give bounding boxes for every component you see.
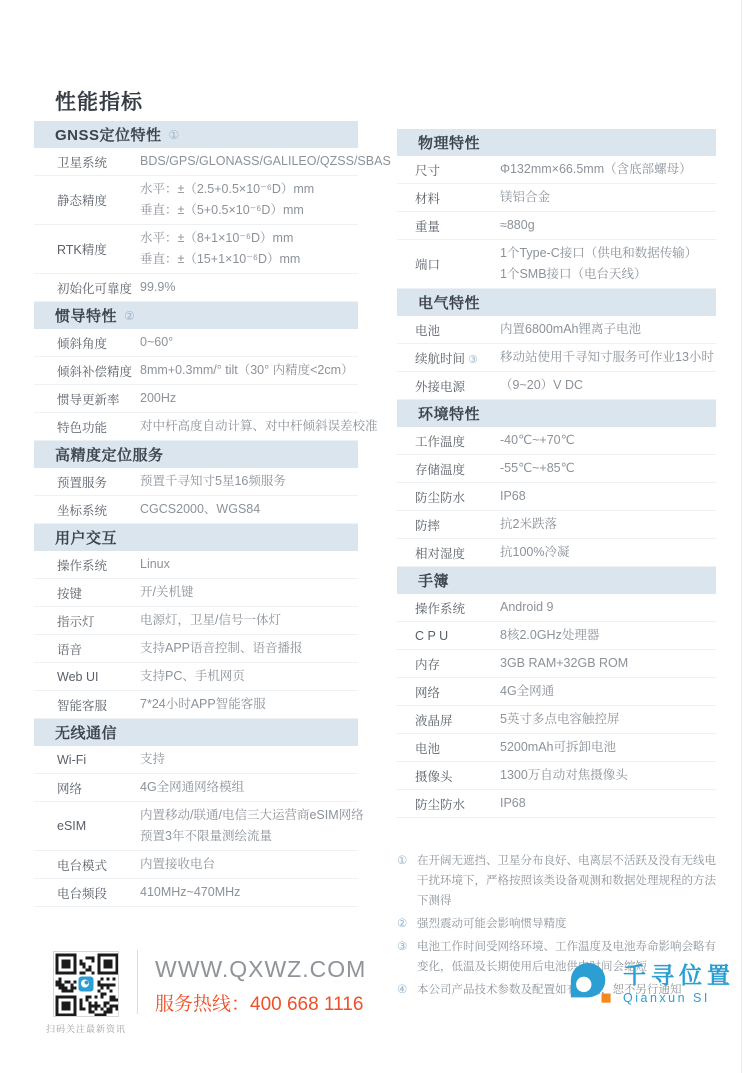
spec-label-text: 倾斜补偿精度 (57, 365, 132, 379)
spec-value-line: （9~20）V DC (500, 375, 583, 396)
spec-row: 存储温度-55℃~+85℃ (397, 455, 716, 483)
section-header: 用户交互 (34, 524, 358, 551)
spec-label-text: 操作系统 (415, 602, 465, 616)
spec-label-text: Web UI (57, 670, 98, 684)
spec-label-text: 相对湿度 (415, 547, 465, 561)
spec-columns: GNSS定位特性①卫星系统BDS/GPS/GLONASS/GALILEO/QZS… (34, 121, 716, 1003)
spec-row: C P U8核2.0GHz处理器 (397, 622, 716, 650)
spec-label-text: 存储温度 (415, 463, 465, 477)
spec-label-text: 初始化可靠度 (57, 282, 132, 296)
spec-row: 摄像头1300万自动对焦摄像头 (397, 762, 716, 790)
spec-row: 倾斜补偿精度8mm+0.3mm/° tilt（30° 内精度<2cm） (34, 357, 358, 385)
spec-label: 按键 (34, 584, 140, 602)
spec-label: 外接电源 (397, 377, 500, 395)
spec-label: 防尘防水 (397, 795, 500, 813)
spec-label: 相对湿度 (397, 544, 500, 562)
spec-row: 续航时间③移动站使用千寻知寸服务可作业13小时 (397, 344, 716, 372)
spec-value-line: 垂直：±（15+1×10⁻⁶D）mm (140, 249, 300, 270)
spec-value: 5200mAh可拆卸电池 (500, 737, 616, 758)
spec-label: 惯导更新率 (34, 390, 140, 408)
spec-label: 电台模式 (34, 856, 140, 874)
spec-row: 倾斜角度0~60° (34, 329, 358, 357)
spec-value: 水平：±（8+1×10⁻⁶D）mm垂直：±（15+1×10⁻⁶D）mm (140, 228, 300, 270)
spec-value-line: 200Hz (140, 388, 176, 409)
spec-label-text: 防尘防水 (415, 798, 465, 812)
section-header: GNSS定位特性① (34, 121, 358, 148)
spec-value-line: 7*24小时APP智能客服 (140, 694, 266, 715)
spec-row: 内存3GB RAM+32GB ROM (397, 650, 716, 678)
spec-label: 操作系统 (397, 599, 500, 617)
brand-logo: 千寻位置 Qianxun SI (567, 960, 735, 1006)
spec-value: 0~60° (140, 332, 173, 353)
spec-value-line: 99.9% (140, 277, 175, 298)
spec-label-text: 外接电源 (415, 380, 465, 394)
spec-label: 摄像头 (397, 767, 500, 785)
label-footnote-marker: ③ (468, 354, 478, 366)
spec-row: 操作系统Android 9 (397, 594, 716, 622)
spec-label: 内存 (397, 655, 500, 673)
spec-value: 5英寸多点电容触控屏 (500, 709, 619, 730)
spec-value: 支持 (140, 749, 165, 770)
hotline-number: 400 668 1116 (250, 994, 363, 1015)
section-footnote-marker: ① (169, 128, 180, 142)
website-url: WWW.QXWZ.COM (155, 956, 366, 983)
section-header: 手簿 (397, 567, 716, 594)
spec-row: 电台模式内置接收电台 (34, 851, 358, 879)
spec-row: 按键开/关机键 (34, 579, 358, 607)
spec-label-text: 智能客服 (57, 699, 107, 713)
spec-label-text: 端口 (415, 258, 440, 272)
spec-label: 电池 (397, 739, 500, 757)
spec-value-line: 1个SMB接口（电台天线） (500, 264, 697, 285)
spec-value: 99.9% (140, 277, 175, 298)
qianxun-logo-icon (567, 960, 613, 1006)
spec-value: 内置移动/联通/电信三大运营商eSIM网络预置3年不限量测绘流量 (140, 805, 364, 847)
spec-row: 液晶屏5英寸多点电容触控屏 (397, 706, 716, 734)
spec-value-line: IP68 (500, 793, 526, 814)
spec-label-text: 按键 (57, 587, 82, 601)
section-header: 物理特性 (397, 129, 716, 156)
section-header: 无线通信 (34, 719, 358, 746)
section-header: 电气特性 (397, 289, 716, 316)
spec-value-line: 抗100%冷凝 (500, 542, 569, 563)
spec-row: eSIM内置移动/联通/电信三大运营商eSIM网络预置3年不限量测绘流量 (34, 802, 358, 851)
spec-label-text: eSIM (57, 819, 86, 833)
left-spec-column: GNSS定位特性①卫星系统BDS/GPS/GLONASS/GALILEO/QZS… (34, 121, 358, 907)
spec-row: 相对湿度抗100%冷凝 (397, 539, 716, 567)
spec-label-text: C P U (415, 629, 448, 643)
section-title: 物理特性 (418, 132, 480, 153)
spec-row: 外接电源（9~20）V DC (397, 372, 716, 400)
spec-row: 静态精度水平：±（2.5+0.5×10⁻⁶D）mm垂直：±（5+0.5×10⁻⁶… (34, 176, 358, 225)
spec-label: 特色功能 (34, 418, 140, 436)
spec-value: 抗100%冷凝 (500, 542, 569, 563)
footer-divider (137, 950, 138, 1014)
spec-label-text: 坐标系统 (57, 504, 107, 518)
spec-value-line: -55℃~+85℃ (500, 458, 575, 479)
section-title: 用户交互 (55, 527, 117, 548)
spec-label-text: 电台模式 (57, 859, 107, 873)
spec-label: 防尘防水 (397, 488, 500, 506)
right-spec-sections: 物理特性尺寸Φ132mm×66.5mm（含底部螺母）材料镁铝合金重量≈880g端… (397, 129, 716, 818)
spec-label-text: 网络 (57, 782, 82, 796)
spec-value: ≈880g (500, 215, 535, 236)
spec-label-text: 内存 (415, 658, 440, 672)
spec-value: 预置千寻知寸5星16频服务 (140, 471, 286, 492)
spec-label: 智能客服 (34, 696, 140, 714)
spec-value-line: CGCS2000、WGS84 (140, 499, 260, 520)
qr-code-icon (54, 952, 118, 1016)
spec-value-line: Android 9 (500, 597, 554, 618)
spec-label: 指示灯 (34, 612, 140, 630)
spec-label: 端口 (397, 255, 500, 273)
spec-section: 环境特性工作温度-40℃~+70℃存储温度-55℃~+85℃防尘防水IP68防摔… (397, 400, 716, 567)
spec-label: Wi-Fi (34, 753, 140, 767)
spec-value-line: 镁铝合金 (500, 187, 550, 208)
spec-row: 防摔抗2米跌落 (397, 511, 716, 539)
spec-value: 1个Type-C接口（供电和数据传输）1个SMB接口（电台天线） (500, 243, 697, 285)
spec-label: 尺寸 (397, 161, 500, 179)
spec-label-text: 材料 (415, 192, 440, 206)
spec-value-line: 3GB RAM+32GB ROM (500, 653, 628, 674)
spec-section: 电气特性电池内置6800mAh锂离子电池续航时间③移动站使用千寻知寸服务可作业1… (397, 289, 716, 400)
spec-value-line: 电源灯，卫星/信号一体灯 (140, 610, 281, 631)
section-title: 惯导特性 (55, 305, 117, 326)
spec-value: 4G全网通 (500, 681, 554, 702)
spec-label-text: 液晶屏 (415, 714, 453, 728)
spec-value-line: 抗2米跌落 (500, 514, 557, 535)
spec-row: 电池5200mAh可拆卸电池 (397, 734, 716, 762)
spec-label-text: 电池 (415, 742, 440, 756)
spec-section: 手簿操作系统Android 9C P U8核2.0GHz处理器内存3GB RAM… (397, 567, 716, 818)
spec-row: 防尘防水IP68 (397, 790, 716, 818)
spec-value-line: 预置3年不限量测绘流量 (140, 826, 364, 847)
spec-label-text: 卫星系统 (57, 156, 107, 170)
section-header: 惯导特性② (34, 302, 358, 329)
spec-row: 预置服务预置千寻知寸5星16频服务 (34, 468, 358, 496)
spec-label-text: 操作系统 (57, 559, 107, 573)
spec-label-text: 续航时间 (415, 352, 465, 366)
spec-value-line: 对中杆高度自动计算、对中杆倾斜误差校准 (140, 416, 378, 437)
spec-row: 电池内置6800mAh锂离子电池 (397, 316, 716, 344)
spec-value-line: BDS/GPS/GLONASS/GALILEO/QZSS/SBAS (140, 151, 391, 172)
spec-label-text: 电台频段 (57, 887, 107, 901)
spec-label: 网络 (34, 779, 140, 797)
spec-value-line: 5英寸多点电容触控屏 (500, 709, 619, 730)
spec-label: 防摔 (397, 516, 500, 534)
spec-value-line: 8mm+0.3mm/° tilt（30° 内精度<2cm） (140, 360, 354, 381)
spec-value-line: 1300万自动对焦摄像头 (500, 765, 628, 786)
service-hotline: 服务热线：400 668 1116 (155, 989, 363, 1016)
spec-label: 存储温度 (397, 460, 500, 478)
spec-value: （9~20）V DC (500, 375, 583, 396)
spec-value-line: 410MHz~470MHz (140, 882, 240, 903)
footnote-marker: ① (397, 851, 417, 911)
spec-value: IP68 (500, 793, 526, 814)
spec-row: 防尘防水IP68 (397, 483, 716, 511)
spec-value: 8核2.0GHz处理器 (500, 625, 599, 646)
spec-value: Android 9 (500, 597, 554, 618)
footnote-item: ②强烈震动可能会影响惯导精度 (397, 914, 716, 934)
spec-label: 重量 (397, 217, 500, 235)
section-title: 环境特性 (418, 403, 480, 424)
section-title: 电气特性 (418, 292, 480, 313)
spec-row: 语音支持APP语音控制、语音播报 (34, 635, 358, 663)
spec-label: 网络 (397, 683, 500, 701)
spec-label: RTK精度 (34, 240, 140, 258)
spec-value: BDS/GPS/GLONASS/GALILEO/QZSS/SBAS (140, 151, 391, 172)
footnote-text: 在开阔无遮挡、卫星分布良好、电离层不活跃及没有无线电干扰环境下，严格按照该类设备… (417, 851, 716, 911)
hotline-label: 服务热线： (155, 994, 250, 1015)
spec-value: 镁铝合金 (500, 187, 550, 208)
spec-row: 坐标系统CGCS2000、WGS84 (34, 496, 358, 524)
spec-label-text: 尺寸 (415, 164, 440, 178)
spec-value: 7*24小时APP智能客服 (140, 694, 266, 715)
spec-label: 操作系统 (34, 556, 140, 574)
section-footnote-marker: ② (124, 309, 135, 323)
spec-row: 电台频段410MHz~470MHz (34, 879, 358, 907)
spec-label: 液晶屏 (397, 711, 500, 729)
section-title: GNSS定位特性 (55, 124, 162, 145)
spec-value-line: 预置千寻知寸5星16频服务 (140, 471, 286, 492)
spec-section: 物理特性尺寸Φ132mm×66.5mm（含底部螺母）材料镁铝合金重量≈880g端… (397, 129, 716, 289)
spec-label-text: 指示灯 (57, 615, 95, 629)
spec-value: 开/关机键 (140, 582, 193, 603)
spec-row: 重量≈880g (397, 212, 716, 240)
right-spec-column: 物理特性尺寸Φ132mm×66.5mm（含底部螺母）材料镁铝合金重量≈880g端… (397, 129, 716, 1003)
spec-value-line: 内置6800mAh锂离子电池 (500, 319, 641, 340)
spec-row: RTK精度水平：±（8+1×10⁻⁶D）mm垂直：±（15+1×10⁻⁶D）mm (34, 225, 358, 274)
spec-label-text: 特色功能 (57, 421, 107, 435)
spec-value-line: 5200mAh可拆卸电池 (500, 737, 616, 758)
spec-value: Φ132mm×66.5mm（含底部螺母） (500, 159, 692, 180)
qr-code (53, 951, 119, 1017)
spec-value-line: 水平：±（8+1×10⁻⁶D）mm (140, 228, 300, 249)
spec-row: Wi-Fi支持 (34, 746, 358, 774)
section-title: 手簿 (418, 570, 449, 591)
spec-value: 电源灯，卫星/信号一体灯 (140, 610, 281, 631)
spec-row: Web UI支持PC、手机网页 (34, 663, 358, 691)
spec-value: IP68 (500, 486, 526, 507)
section-header: 环境特性 (397, 400, 716, 427)
spec-row: 网络4G全网通网络模组 (34, 774, 358, 802)
page-title: 性能指标 (55, 86, 143, 116)
spec-value-line: Φ132mm×66.5mm（含底部螺母） (500, 159, 692, 180)
spec-row: 初始化可靠度99.9% (34, 274, 358, 302)
spec-value: Linux (140, 554, 170, 575)
spec-label: 倾斜补偿精度 (34, 362, 140, 380)
spec-label: eSIM (34, 819, 140, 833)
spec-value-line: 垂直：±（5+0.5×10⁻⁶D）mm (140, 200, 314, 221)
spec-value: 410MHz~470MHz (140, 882, 240, 903)
section-title: 无线通信 (55, 722, 117, 743)
spec-row: 尺寸Φ132mm×66.5mm（含底部螺母） (397, 156, 716, 184)
spec-label: 初始化可靠度 (34, 279, 140, 297)
spec-label: 卫星系统 (34, 153, 140, 171)
section-header: 高精度定位服务 (34, 441, 358, 468)
spec-row: 端口1个Type-C接口（供电和数据传输）1个SMB接口（电台天线） (397, 240, 716, 289)
footnote-item: ①在开阔无遮挡、卫星分布良好、电离层不活跃及没有无线电干扰环境下，严格按照该类设… (397, 851, 716, 911)
spec-value-line: IP68 (500, 486, 526, 507)
spec-value: 4G全网通网络模组 (140, 777, 244, 798)
spec-label: 电池 (397, 321, 500, 339)
spec-label-text: 摄像头 (415, 770, 453, 784)
spec-value: 8mm+0.3mm/° tilt（30° 内精度<2cm） (140, 360, 354, 381)
spec-value-line: 支持PC、手机网页 (140, 666, 245, 687)
spec-value-line: 内置接收电台 (140, 854, 215, 875)
spec-value-line: 8核2.0GHz处理器 (500, 625, 599, 646)
spec-label-text: 电池 (415, 324, 440, 338)
spec-value-line: 移动站使用千寻知寸服务可作业13小时 (500, 347, 714, 368)
spec-row: 指示灯电源灯，卫星/信号一体灯 (34, 607, 358, 635)
spec-label-text: 网络 (415, 686, 440, 700)
spec-row: 工作温度-40℃~+70℃ (397, 427, 716, 455)
spec-value-line: Linux (140, 554, 170, 575)
spec-label: 预置服务 (34, 473, 140, 491)
spec-value: -40℃~+70℃ (500, 430, 575, 451)
spec-section: GNSS定位特性①卫星系统BDS/GPS/GLONASS/GALILEO/QZS… (34, 121, 358, 302)
spec-section: 用户交互操作系统Linux按键开/关机键指示灯电源灯，卫星/信号一体灯语音支持A… (34, 524, 358, 719)
spec-value-line: 支持APP语音控制、语音播报 (140, 638, 303, 659)
spec-label-text: 防尘防水 (415, 491, 465, 505)
spec-label-text: 语音 (57, 643, 82, 657)
spec-row: 惯导更新率200Hz (34, 385, 358, 413)
qr-caption: 扫码关注最新资讯 (38, 1022, 134, 1035)
spec-row: 操作系统Linux (34, 551, 358, 579)
spec-value-line: -40℃~+70℃ (500, 430, 575, 451)
spec-value: 抗2米跌落 (500, 514, 557, 535)
spec-label: 语音 (34, 640, 140, 658)
spec-label: 电台频段 (34, 884, 140, 902)
spec-value-line: 内置移动/联通/电信三大运营商eSIM网络 (140, 805, 364, 826)
spec-value-line: 支持 (140, 749, 165, 770)
spec-value-line: 4G全网通网络模组 (140, 777, 244, 798)
spec-label-text: Wi-Fi (57, 753, 86, 767)
spec-label-text: 静态精度 (57, 194, 107, 208)
spec-sheet-page: 性能指标 GNSS定位特性①卫星系统BDS/GPS/GLONASS/GALILE… (0, 0, 750, 1073)
spec-value: 1300万自动对焦摄像头 (500, 765, 628, 786)
spec-label-text: 工作温度 (415, 435, 465, 449)
spec-value: 支持APP语音控制、语音播报 (140, 638, 303, 659)
spec-row: 卫星系统BDS/GPS/GLONASS/GALILEO/QZSS/SBAS (34, 148, 358, 176)
spec-value: 对中杆高度自动计算、对中杆倾斜误差校准 (140, 416, 378, 437)
spec-value: 移动站使用千寻知寸服务可作业13小时 (500, 347, 714, 368)
section-title: 高精度定位服务 (55, 444, 164, 465)
spec-value: 水平：±（2.5+0.5×10⁻⁶D）mm垂直：±（5+0.5×10⁻⁶D）mm (140, 179, 314, 221)
page-edge-line (741, 0, 742, 1073)
spec-row: 网络4G全网通 (397, 678, 716, 706)
brand-name-cn: 千寻位置 (623, 962, 735, 988)
spec-value: 200Hz (140, 388, 176, 409)
spec-label: 工作温度 (397, 432, 500, 450)
spec-label-text: 惯导更新率 (57, 393, 120, 407)
spec-section: 无线通信Wi-Fi支持网络4G全网通网络模组eSIM内置移动/联通/电信三大运营… (34, 719, 358, 907)
spec-label: 续航时间③ (397, 349, 500, 367)
spec-value-line: ≈880g (500, 215, 535, 236)
spec-value: CGCS2000、WGS84 (140, 499, 260, 520)
spec-value: 内置6800mAh锂离子电池 (500, 319, 641, 340)
footnote-marker: ② (397, 914, 417, 934)
spec-label: C P U (397, 629, 500, 643)
spec-value: 支持PC、手机网页 (140, 666, 245, 687)
spec-label: 静态精度 (34, 191, 140, 209)
spec-row: 智能客服7*24小时APP智能客服 (34, 691, 358, 719)
spec-label-text: 预置服务 (57, 476, 107, 490)
footnote-text: 强烈震动可能会影响惯导精度 (417, 914, 716, 934)
brand-text: 千寻位置 Qianxun SI (623, 962, 735, 1005)
page-footer: 扫码关注最新资讯 WWW.QXWZ.COM 服务热线：400 668 1116 … (0, 948, 750, 1048)
spec-value: 内置接收电台 (140, 854, 215, 875)
spec-value: -55℃~+85℃ (500, 458, 575, 479)
spec-label: Web UI (34, 670, 140, 684)
spec-value-line: 4G全网通 (500, 681, 554, 702)
spec-row: 特色功能对中杆高度自动计算、对中杆倾斜误差校准 (34, 413, 358, 441)
spec-section: 惯导特性②倾斜角度0~60°倾斜补偿精度8mm+0.3mm/° tilt（30°… (34, 302, 358, 441)
spec-section: 高精度定位服务预置服务预置千寻知寸5星16频服务坐标系统CGCS2000、WGS… (34, 441, 358, 524)
spec-row: 材料镁铝合金 (397, 184, 716, 212)
spec-value: 3GB RAM+32GB ROM (500, 653, 628, 674)
spec-value-line: 0~60° (140, 332, 173, 353)
spec-label: 倾斜角度 (34, 334, 140, 352)
spec-label-text: 重量 (415, 220, 440, 234)
spec-label-text: 防摔 (415, 519, 440, 533)
spec-label-text: 倾斜角度 (57, 337, 107, 351)
spec-label-text: RTK精度 (57, 243, 107, 257)
spec-value-line: 1个Type-C接口（供电和数据传输） (500, 243, 697, 264)
spec-value-line: 开/关机键 (140, 582, 193, 603)
spec-label: 坐标系统 (34, 501, 140, 519)
spec-label: 材料 (397, 189, 500, 207)
brand-name-en: Qianxun SI (623, 991, 735, 1005)
spec-value-line: 水平：±（2.5+0.5×10⁻⁶D）mm (140, 179, 314, 200)
